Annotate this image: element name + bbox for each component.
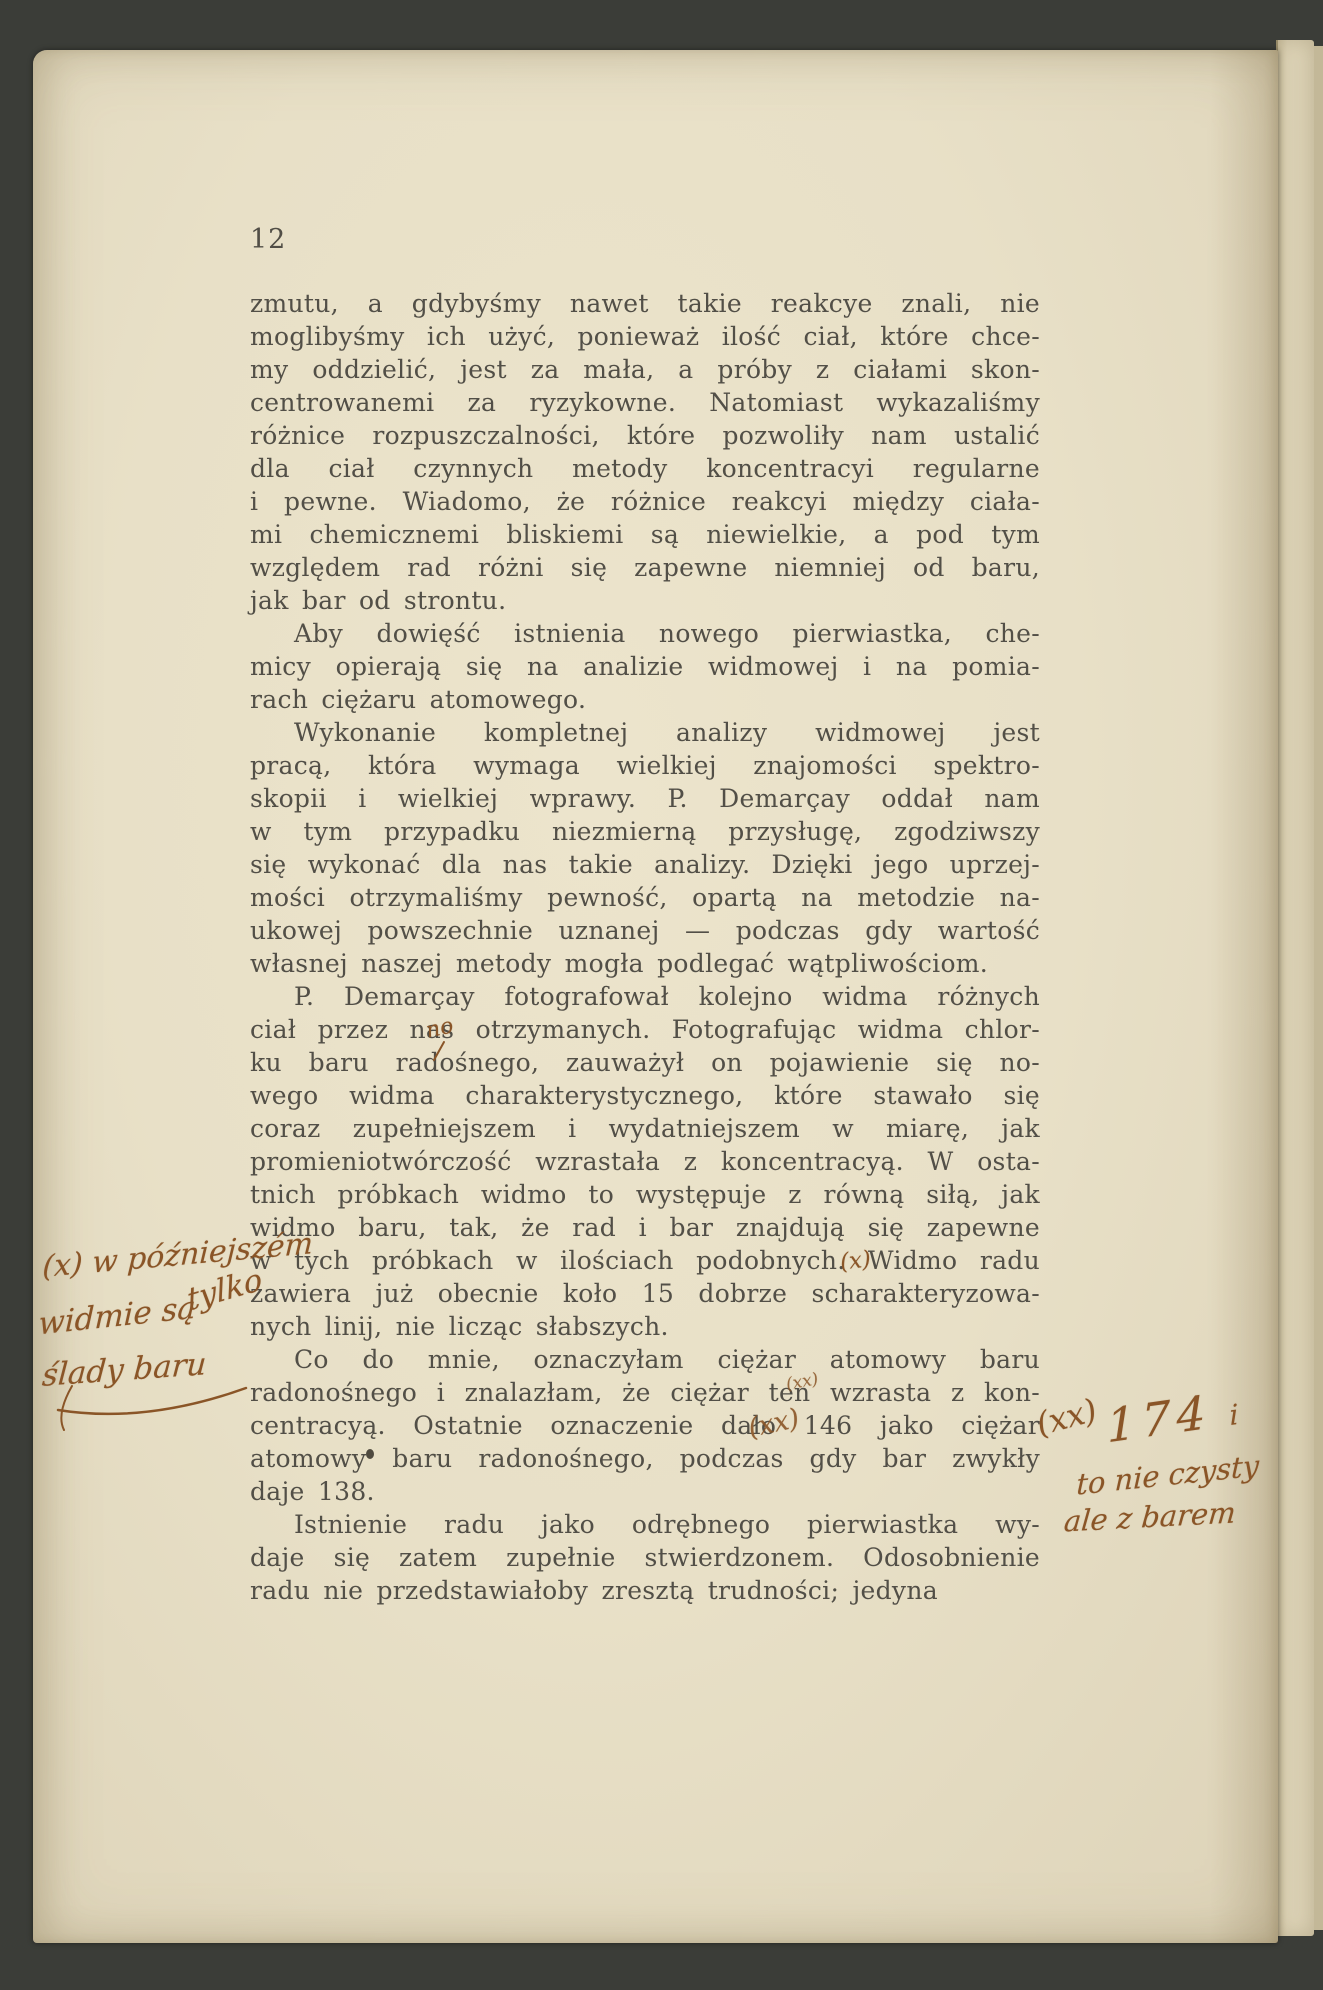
text-line: daje 138.	[250, 1475, 1040, 1508]
book-scan: 12 zmutu, a gdybyśmy nawet takie reakcye…	[0, 0, 1323, 1990]
text-line: ukowej powszechnie uznanej — podczas gdy…	[250, 914, 1040, 947]
text-line: nych linij, nie licząc słabszych.	[250, 1310, 1040, 1343]
text-line: Istnienie radu jako odrębnego pierwiastk…	[250, 1508, 1040, 1541]
underlying-page-edge	[1276, 40, 1314, 1936]
text-line: centrowanemi za ryzykowne. Natomiast wyk…	[250, 386, 1040, 419]
text-line: rach ciężaru atomowego.	[250, 683, 1040, 716]
insertion-caret-stroke	[432, 1040, 446, 1062]
text-line: tnich próbkach widmo to występuje z równ…	[250, 1178, 1040, 1211]
text-line: coraz zupełniejszem i wydatniejszem w mi…	[250, 1112, 1040, 1145]
text-line: daje się zatem zupełnie stwierdzonem. Od…	[250, 1541, 1040, 1574]
text-line: zmutu, a gdybyśmy nawet takie reakcye zn…	[250, 287, 1040, 320]
text-line: moglibyśmy ich użyć, ponieważ ilość ciał…	[250, 320, 1040, 353]
text-line: skopii i wielkiej wprawy. P. Demarçay od…	[250, 782, 1040, 815]
page-number: 12	[250, 224, 286, 255]
text-line: Wykonanie kompletnej analizy widmowej je…	[250, 716, 1040, 749]
text-line: promieniotwórczość wzrastała z koncentra…	[250, 1145, 1040, 1178]
text-line: się wykonać dla nas takie analizy. Dzięk…	[250, 848, 1040, 881]
text-line: Co do mnie, oznaczyłam ciężar atomowy ba…	[250, 1343, 1040, 1376]
text-line: różnice rozpuszczalności, które pozwolił…	[250, 419, 1040, 452]
text-line: wego widma charakterystycznego, które st…	[250, 1079, 1040, 1112]
text-line: i pewne. Wiadomo, że różnice reakcyi mię…	[250, 485, 1040, 518]
text-line: P. Demarçay fotografował kolejno widma r…	[250, 980, 1040, 1013]
handwritten-x-reference-inline: (x)	[839, 1246, 872, 1275]
text-line: w tym przypadku niezmierną przysługę, zg…	[250, 815, 1040, 848]
text-line: Aby dowięść istnienia nowego pierwiastka…	[250, 617, 1040, 650]
text-line: względem rad różni się zapewne niemniej …	[250, 551, 1040, 584]
text-line: dla ciał czynnych metody koncentracyi re…	[250, 452, 1040, 485]
text-line: centracyą. Ostatnie oznaczenie dało 146 …	[250, 1409, 1040, 1442]
body-text: zmutu, a gdybyśmy nawet takie reakcye zn…	[250, 287, 1040, 1607]
text-line: mości otrzymaliśmy pewność, opartą na me…	[250, 881, 1040, 914]
text-line: jak bar od strontu.	[250, 584, 1040, 617]
text-line: radu nie przedstawiałoby zresztą trudnoś…	[250, 1574, 1040, 1607]
text-line: ciał przez nas otrzymanych. Fotografując…	[250, 1013, 1040, 1046]
text-line: micy opierają się na analizie widmowej i…	[250, 650, 1040, 683]
text-line: my oddzielić, jest za mała, a próby z ci…	[250, 353, 1040, 386]
text-line: widmo baru, tak, że rad i bar znajdują s…	[250, 1211, 1040, 1244]
text-line: mi chemicznemi bliskiemi są niewielkie, …	[250, 518, 1040, 551]
text-line: w tych próbkach w ilościach podobnych. W…	[250, 1244, 1040, 1277]
text-line: radonośnego i znalazłam, że ciężar ten w…	[250, 1376, 1040, 1409]
text-line: zawiera już obecnie koło 15 dobrze schar…	[250, 1277, 1040, 1310]
handwritten-i: i	[1229, 1398, 1239, 1432]
handwritten-underline-flourish	[46, 1382, 256, 1432]
ink-blot	[366, 1449, 374, 1459]
text-line: ku baru radośnego, zauważył on pojawieni…	[250, 1046, 1040, 1079]
text-line: własnej naszej metody mogła podlegać wąt…	[250, 947, 1040, 980]
text-line: pracą, która wymaga wielkiej znajomości …	[250, 749, 1040, 782]
